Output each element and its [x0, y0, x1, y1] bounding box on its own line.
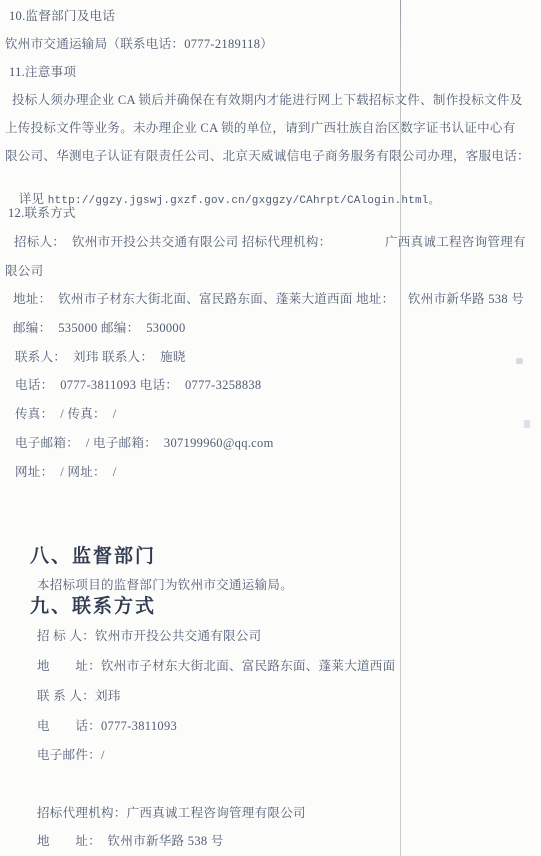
notice-paragraph-line-3: 限公司、华测电子认证有限责任公司、北京天威诚信电子商务服务有限公司办理，客服电话…	[5, 149, 530, 164]
contact-row-agency-address: 钦州市新华路 538 号	[408, 292, 524, 307]
tenderer-contact-line: 联 系 人：刘玮	[37, 689, 121, 704]
tenderer-address-line: 地 址：钦州市子材东大街北面、富民路东面、蓬莱大道西面	[37, 659, 395, 674]
contact-row-phones: 电话： 0777-3811093 电话： 0777-3258838	[15, 378, 262, 393]
scan-smudge	[524, 420, 530, 428]
contact-row-agency-name-part1: 广西真诚工程咨询管理有	[385, 235, 526, 250]
item-11-heading: 11.注意事项	[9, 65, 76, 80]
url-prefix: 详见	[19, 192, 48, 206]
notice-paragraph-line-2: 上传投标文件等业务。未办理企业 CA 锁的单位，请到广西壮族自治区数字证书认证中…	[5, 121, 516, 136]
contact-row-addresses-left: 地址： 钦州市子材东大街北面、富民路东面、蓬莱大道西面 地址：	[13, 292, 394, 307]
contact-row-postcodes: 邮编： 535000 邮编： 530000	[13, 321, 186, 336]
notice-paragraph-line-1: 投标人须办理企业 CA 锁后并确保在有效期内才能进行网上下载招标文件、制作投标文…	[12, 93, 523, 108]
agency-address-line: 地 址： 钦州市新华路 538 号	[37, 834, 224, 849]
supervising-authority-line: 钦州市交通运输局（联系电话：0777-2189118）	[5, 37, 273, 52]
contact-row-persons: 联系人： 刘玮 联系人： 施晓	[15, 350, 186, 365]
tenderer-phone-line: 电 话：0777-3811093	[37, 719, 177, 734]
section-8-body: 本招标项目的监督部门为钦州市交通运输局。	[37, 578, 293, 593]
contact-row-agency-name-part2: 限公司	[5, 264, 43, 279]
scan-smudge	[516, 358, 523, 364]
section-8-heading: 八、监督部门	[30, 549, 156, 564]
item-10-heading: 10.监督部门及电话	[9, 9, 115, 24]
tenderer-email-line: 电子邮件：/	[37, 748, 105, 763]
contact-row-tenderer-and-agency-label: 招标人： 钦州市开投公共交通有限公司 招标代理机构：	[14, 235, 331, 250]
agency-name-line: 招标代理机构：广西真诚工程咨询管理有限公司	[37, 806, 306, 821]
contact-row-emails: 电子邮箱： / 电子邮箱： 307199960@qq.com	[15, 436, 274, 451]
document-page: 10.监督部门及电话 钦州市交通运输局（联系电话：0777-2189118） 1…	[0, 0, 541, 856]
contact-row-fax: 传真： / 传真： /	[15, 407, 116, 422]
item-12-heading: 12.联系方式	[8, 206, 76, 221]
tenderer-name-line: 招 标 人：钦州市开投公共交通有限公司	[37, 629, 261, 644]
ca-login-url: http://ggzy.jgswj.gxzf.gov.cn/gxggzy/CAh…	[48, 195, 440, 207]
contact-row-websites: 网址： / 网址： /	[15, 465, 116, 480]
section-9-heading: 九、联系方式	[30, 599, 156, 614]
